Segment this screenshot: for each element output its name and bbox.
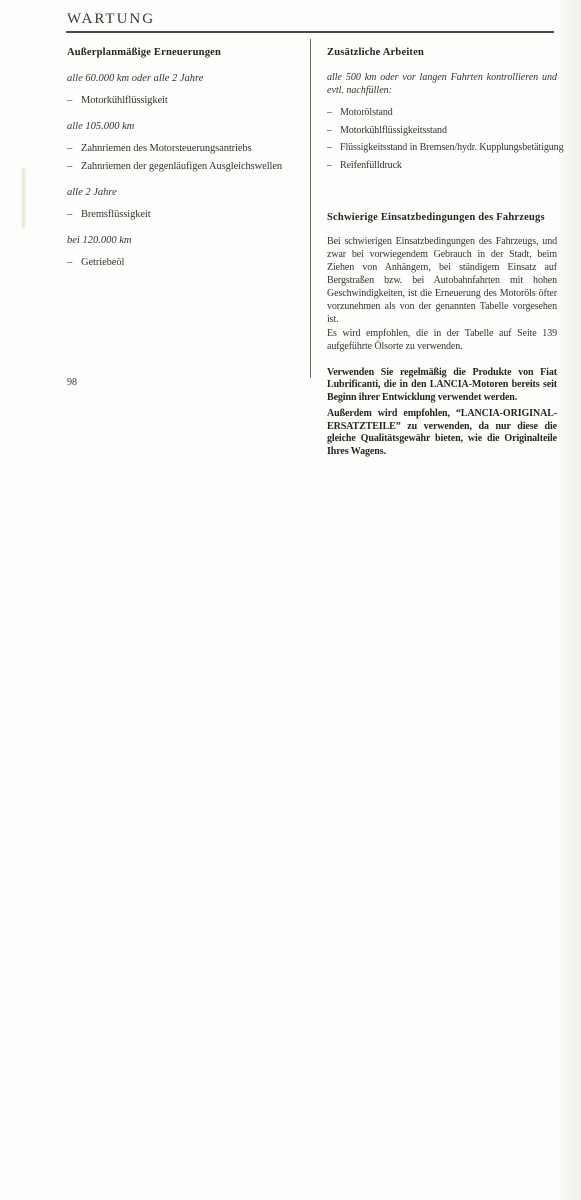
list-item: – Motorkühlflüssigkeitsstand <box>327 125 557 136</box>
list-item: – Motorölstand <box>327 107 557 118</box>
item-dash: – <box>327 107 340 118</box>
left-column-heading: Außerplanmäßige Erneuerungen <box>67 47 305 58</box>
interval-intro: alle 500 km oder vor langen Fahrten kont… <box>327 72 557 97</box>
paragraph: Es wird empfohlen, die in der Tabelle au… <box>327 327 557 353</box>
list-item: – Flüssigkeitsstand in Bremsen/hydr. Kup… <box>327 142 557 153</box>
header-rule <box>66 31 554 33</box>
page-title: WARTUNG <box>67 11 155 28</box>
paragraph: Bei schwierigen Einsatzbedingungen des F… <box>327 235 557 326</box>
right-column: Zusätzliche Arbeiten alle 500 km oder vo… <box>327 42 557 459</box>
list-item: – Zahnriemen des Motorsteuerungsantriebs <box>67 143 305 154</box>
list-item-label: Motorkühlflüssigkeitsstand <box>340 125 447 136</box>
interval-label: bei 120.000 km <box>67 235 305 246</box>
list-item-label: Bremsflüssigkeit <box>81 209 151 220</box>
list-item: – Motorkühlflüssigkeit <box>67 95 305 106</box>
item-dash: – <box>327 125 340 136</box>
interval-label: alle 105.000 km <box>67 121 305 132</box>
list-item: – Reifenfülldruck <box>327 160 557 171</box>
list-item: – Zahnriemen der gegenläufigen Ausgleich… <box>67 161 305 172</box>
item-dash: – <box>67 209 81 220</box>
item-dash: – <box>67 143 81 154</box>
right-column-heading: Zusätzliche Arbeiten <box>327 47 557 58</box>
list-item-label: Flüssigkeitsstand in Bremsen/hydr. Kuppl… <box>340 142 563 153</box>
list-item-label: Motorkühlflüssigkeit <box>81 95 168 106</box>
item-dash: – <box>67 95 81 106</box>
list-item: – Getriebeöl <box>67 257 305 268</box>
column-divider <box>310 39 311 378</box>
interval-label: alle 2 Jahre <box>67 187 305 198</box>
scan-artifact-green-line <box>22 168 25 228</box>
item-dash: – <box>327 142 340 153</box>
item-dash: – <box>327 160 340 171</box>
item-dash: – <box>67 257 81 268</box>
page-number: 98 <box>67 377 77 388</box>
difficult-conditions-heading: Schwierige Einsatzbedingungen des Fahrze… <box>327 212 557 223</box>
list-item-label: Zahnriemen des Motorsteuerungsantriebs <box>81 143 252 154</box>
list-item: – Bremsflüssigkeit <box>67 209 305 220</box>
item-dash: – <box>67 161 81 172</box>
list-item-label: Zahnriemen der gegenläufigen Ausgleichsw… <box>81 161 282 172</box>
bold-paragraph: Verwenden Sie regelmäßig die Produkte vo… <box>327 367 557 405</box>
list-item-label: Reifenfülldruck <box>340 160 402 171</box>
list-item-label: Getriebeöl <box>81 257 124 268</box>
left-column: Außerplanmäßige Erneuerungen alle 60.000… <box>67 42 305 268</box>
interval-label: alle 60.000 km oder alle 2 Jahre <box>67 73 305 84</box>
list-item-label: Motorölstand <box>340 107 393 118</box>
scan-edge-shadow <box>557 0 581 1200</box>
bold-paragraph: Außerdem wird empfohlen, “LANCIA-ORIGINA… <box>327 408 557 458</box>
